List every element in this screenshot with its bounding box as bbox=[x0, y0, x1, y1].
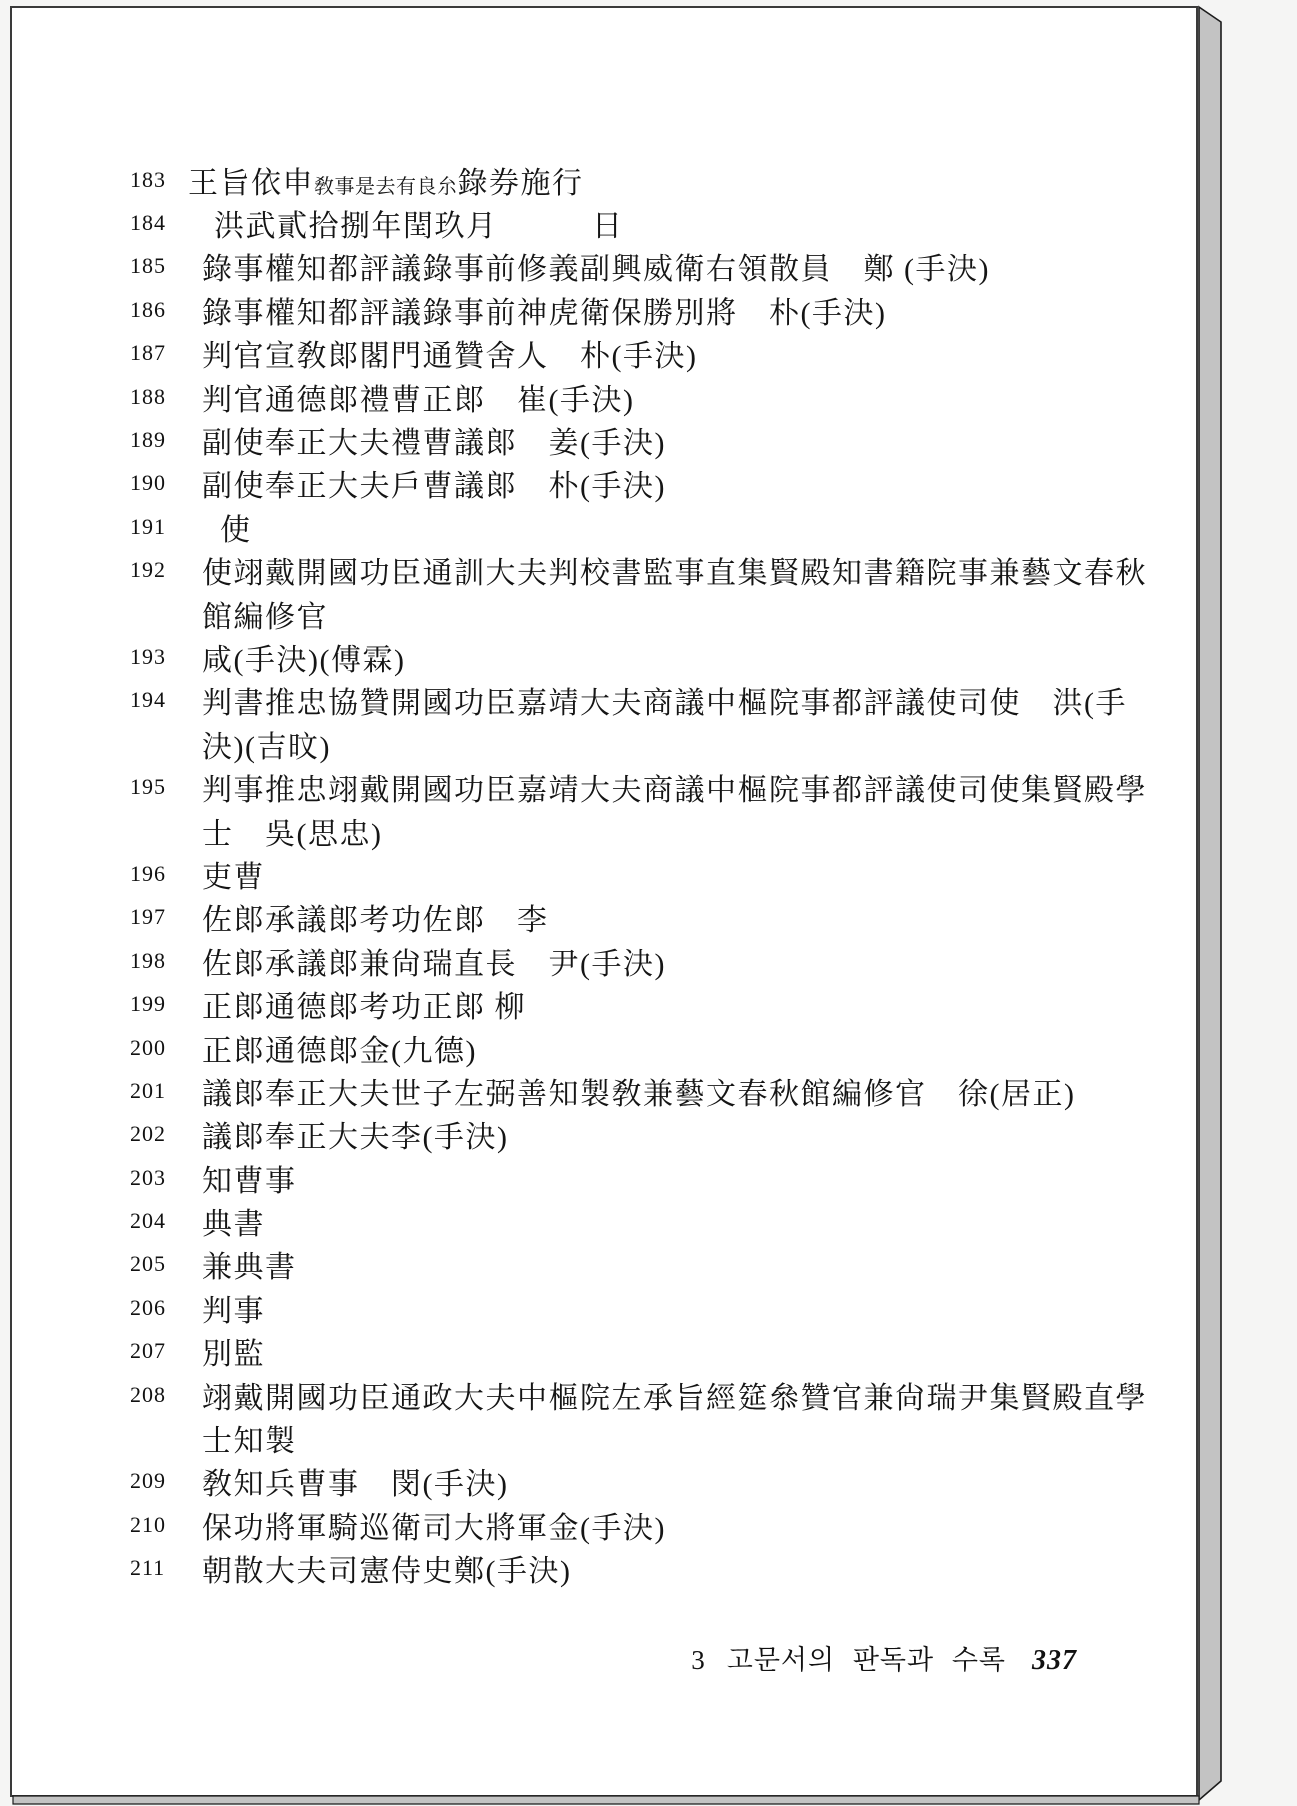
entry-row: 207別監 bbox=[12, 1330, 1196, 1373]
entry-text: 士 吳(思忠) bbox=[188, 809, 382, 853]
entry-text-segment: 副使奉正大夫戶曹議郞 朴(手決) bbox=[202, 470, 666, 503]
entry-text-segment: 議郞奉正大夫李(手決) bbox=[202, 1121, 508, 1154]
entry-row: 202議郞奉正大夫李(手決) bbox=[12, 1113, 1196, 1156]
entry-row: 192使翊戴開國功臣通訓大夫判校書監事直集賢殿知書籍院事兼藝文春秋 bbox=[12, 549, 1196, 592]
entry-number: 186 bbox=[130, 297, 188, 323]
entry-number: 194 bbox=[130, 687, 188, 713]
entry-row: 198佐郞承議郞兼尙瑞直長 尹(手決) bbox=[12, 939, 1196, 982]
entry-text-segment: 錄券施行 bbox=[458, 167, 584, 200]
entry-row: 199正郞通德郞考功正郞 柳 bbox=[12, 982, 1196, 1025]
entry-row: 201議郞奉正大夫世子左弼善知製敎兼藝文春秋館編修官 徐(居正) bbox=[12, 1069, 1196, 1112]
entry-text-segment: 錄事權知都評議錄事前神虎衛保勝別將 朴(手決) bbox=[202, 297, 886, 330]
entry-text: 議郞奉正大夫世子左弼善知製敎兼藝文春秋館編修官 徐(居正) bbox=[188, 1069, 1075, 1113]
entry-row: 191使 bbox=[12, 505, 1196, 548]
entry-text: 別監 bbox=[188, 1329, 265, 1373]
entry-text-segment: 敎知兵曹事 閔(手決) bbox=[202, 1468, 508, 1501]
entry-text: 判事推忠翊戴開國功臣嘉靖大夫商議中樞院事都評議使司使集賢殿學 bbox=[188, 765, 1147, 809]
entry-row: 館編修官 bbox=[12, 592, 1196, 635]
entry-text-segment: 別監 bbox=[202, 1338, 265, 1371]
page-edge-bottom bbox=[13, 1796, 1199, 1804]
entry-text: 判事 bbox=[188, 1286, 265, 1330]
entry-text-segment: 決)(吉旼) bbox=[202, 731, 331, 764]
entry-number: 183 bbox=[130, 167, 188, 193]
entry-row: 194判書推忠協贊開國功臣嘉靖大夫商議中樞院事都評議使司使 洪(手 bbox=[12, 679, 1196, 722]
entry-number: 188 bbox=[130, 384, 188, 410]
entry-text-segment: 吏曹 bbox=[202, 861, 265, 894]
entry-text-segment: 佐郞承議郞考功佐郞 李 bbox=[202, 904, 549, 937]
entry-number: 203 bbox=[130, 1165, 188, 1191]
entry-text-segment: 判事 bbox=[202, 1295, 265, 1328]
entry-number: 202 bbox=[130, 1121, 188, 1147]
entry-text-segment: 保功將軍騎巡衛司大將軍金(手決) bbox=[202, 1512, 666, 1545]
entry-number: 195 bbox=[130, 774, 188, 800]
entry-number: 204 bbox=[130, 1208, 188, 1234]
entries: 183王旨依申敎事是去有良厼錄券施行184洪武貳拾捌年閏玖月 日185錄事權知都… bbox=[12, 158, 1196, 1590]
entry-text-segment: 兼典書 bbox=[202, 1251, 297, 1284]
entry-row: 士知製 bbox=[12, 1416, 1196, 1459]
entry-number: 193 bbox=[130, 644, 188, 670]
entry-text: 咸(手決)(傅霖) bbox=[188, 635, 405, 679]
entry-number: 197 bbox=[130, 904, 188, 930]
entry-row: 197佐郞承議郞考功佐郞 李 bbox=[12, 896, 1196, 939]
entry-number: 187 bbox=[130, 340, 188, 366]
entry-number: 184 bbox=[130, 210, 188, 236]
entry-row: 188判官通德郞禮曹正郞 崔(手決) bbox=[12, 375, 1196, 418]
entry-text: 決)(吉旼) bbox=[188, 722, 331, 766]
entry-text-segment: 朝散大夫司憲侍史鄭(手決) bbox=[202, 1555, 571, 1588]
entry-number: 205 bbox=[130, 1251, 188, 1277]
entry-number: 189 bbox=[130, 427, 188, 453]
entry-text: 使翊戴開國功臣通訓大夫判校書監事直集賢殿知書籍院事兼藝文春秋 bbox=[188, 548, 1147, 592]
entry-row: 200正郞通德郞金(九德) bbox=[12, 1026, 1196, 1069]
entry-text: 佐郞承議郞兼尙瑞直長 尹(手決) bbox=[188, 939, 666, 983]
footer-page-number: 337 bbox=[1032, 1645, 1077, 1676]
entry-row: 203知曹事 bbox=[12, 1156, 1196, 1199]
entry-row: 183王旨依申敎事是去有良厼錄券施行 bbox=[12, 158, 1196, 201]
entry-text: 判官宣敎郞閣門通贊舍人 朴(手決) bbox=[188, 331, 697, 375]
entry-text: 吏曹 bbox=[188, 852, 265, 896]
entry-number: 198 bbox=[130, 948, 188, 974]
entry-row: 190副使奉正大夫戶曹議郞 朴(手決) bbox=[12, 462, 1196, 505]
entry-row: 186錄事權知都評議錄事前神虎衛保勝別將 朴(手決) bbox=[12, 288, 1196, 331]
entry-row: 210保功將軍騎巡衛司大將軍金(手決) bbox=[12, 1503, 1196, 1546]
entry-number: 199 bbox=[130, 991, 188, 1017]
entry-row: 205兼典書 bbox=[12, 1243, 1196, 1286]
entry-text-segment: 判事推忠翊戴開國功臣嘉靖大夫商議中樞院事都評議使司使集賢殿學 bbox=[202, 774, 1147, 807]
entry-text-segment: 正郞通德郞考功正郞 柳 bbox=[202, 991, 526, 1024]
entry-text-segment: 咸(手決)(傅霖) bbox=[202, 644, 405, 677]
entry-number: 200 bbox=[130, 1035, 188, 1061]
entry-text: 敎知兵曹事 閔(手決) bbox=[188, 1459, 508, 1503]
entry-number: 209 bbox=[130, 1468, 188, 1494]
entry-text-segment: 判官通德郞禮曹正郞 崔(手決) bbox=[202, 384, 634, 417]
entry-number: 211 bbox=[130, 1555, 188, 1581]
entry-text: 朝散大夫司憲侍史鄭(手決) bbox=[188, 1546, 571, 1590]
entry-text-segment: 議郞奉正大夫世子左弼善知製敎兼藝文春秋館編修官 徐(居正) bbox=[202, 1078, 1075, 1111]
entry-row: 209敎知兵曹事 閔(手決) bbox=[12, 1460, 1196, 1503]
idu-small-text: 敎事是去有良厼 bbox=[314, 176, 458, 198]
entry-text: 館編修官 bbox=[188, 592, 328, 636]
book-page: 183王旨依申敎事是去有良厼錄券施行184洪武貳拾捌年閏玖月 日185錄事權知都… bbox=[10, 6, 1198, 1797]
entry-text: 錄事權知都評議錄事前神虎衛保勝別將 朴(手決) bbox=[188, 288, 886, 332]
entry-text: 議郞奉正大夫李(手決) bbox=[188, 1112, 508, 1156]
entry-text-segment: 典書 bbox=[202, 1208, 265, 1241]
entry-text-segment: 判書推忠協贊開國功臣嘉靖大夫商議中樞院事都評議使司使 洪(手 bbox=[202, 687, 1127, 720]
footer-section-title: 고문서의 판독과 수록 bbox=[727, 1645, 1006, 1675]
entry-text-segment: 佐郞承議郞兼尙瑞直長 尹(手決) bbox=[202, 948, 666, 981]
entry-text: 佐郞承議郞考功佐郞 李 bbox=[188, 895, 549, 939]
entry-row: 187判官宣敎郞閣門通贊舍人 朴(手決) bbox=[12, 332, 1196, 375]
entry-text-segment: 使 bbox=[220, 514, 252, 547]
entry-row: 208翊戴開國功臣通政大夫中樞院左承旨經筵叅贊官兼尙瑞尹集賢殿直學 bbox=[12, 1373, 1196, 1416]
entry-text: 使 bbox=[188, 505, 252, 549]
entry-row: 184洪武貳拾捌年閏玖月 日 bbox=[12, 201, 1196, 244]
entry-row: 196吏曹 bbox=[12, 852, 1196, 895]
entry-text-segment: 知曹事 bbox=[202, 1165, 297, 1198]
entry-text: 判書推忠協贊開國功臣嘉靖大夫商議中樞院事都評議使司使 洪(手 bbox=[188, 678, 1127, 722]
entry-text-segment: 使翊戴開國功臣通訓大夫判校書監事直集賢殿知書籍院事兼藝文春秋 bbox=[202, 557, 1147, 590]
footer-section-number: 3 bbox=[691, 1645, 705, 1675]
entry-row: 189副使奉正大夫禮曹議郞 姜(手決) bbox=[12, 418, 1196, 461]
entry-text: 判官通德郞禮曹正郞 崔(手決) bbox=[188, 375, 634, 419]
entry-text: 錄事權知都評議錄事前修義副興威衛右領散員 鄭 (手決) bbox=[188, 244, 990, 288]
entry-row: 195判事推忠翊戴開國功臣嘉靖大夫商議中樞院事都評議使司使集賢殿學 bbox=[12, 765, 1196, 808]
entry-text-segment: 士知製 bbox=[202, 1425, 297, 1458]
entry-row: 211朝散大夫司憲侍史鄭(手決) bbox=[12, 1547, 1196, 1590]
entry-row: 206判事 bbox=[12, 1286, 1196, 1329]
entry-number: 207 bbox=[130, 1338, 188, 1364]
entry-text-segment: 士 吳(思忠) bbox=[202, 818, 382, 851]
entry-text-segment: 正郞通德郞金(九德) bbox=[202, 1035, 477, 1068]
entry-text-segment: 館編修官 bbox=[202, 601, 328, 634]
entry-number: 201 bbox=[130, 1078, 188, 1104]
entry-text: 副使奉正大夫戶曹議郞 朴(手決) bbox=[188, 461, 666, 505]
entry-number: 206 bbox=[130, 1295, 188, 1321]
entry-number: 191 bbox=[130, 514, 188, 540]
entry-number: 196 bbox=[130, 861, 188, 887]
entry-row: 193咸(手決)(傅霖) bbox=[12, 635, 1196, 678]
entry-text: 士知製 bbox=[188, 1416, 297, 1460]
entry-text-segment: 副使奉正大夫禮曹議郞 姜(手決) bbox=[202, 427, 666, 460]
entry-row: 士 吳(思忠) bbox=[12, 809, 1196, 852]
entry-text: 保功將軍騎巡衛司大將軍金(手決) bbox=[188, 1503, 666, 1547]
entry-text: 翊戴開國功臣通政大夫中樞院左承旨經筵叅贊官兼尙瑞尹集賢殿直學 bbox=[188, 1373, 1147, 1417]
entry-text: 兼典書 bbox=[188, 1242, 297, 1286]
entry-number: 192 bbox=[130, 557, 188, 583]
entry-number: 190 bbox=[130, 470, 188, 496]
entry-text: 副使奉正大夫禮曹議郞 姜(手決) bbox=[188, 418, 666, 462]
entry-text: 正郞通德郞金(九德) bbox=[188, 1026, 477, 1070]
entry-row: 185錄事權知都評議錄事前修義副興威衛右領散員 鄭 (手決) bbox=[12, 245, 1196, 288]
entry-text: 王旨依申敎事是去有良厼錄券施行 bbox=[188, 158, 584, 202]
entry-row: 204典書 bbox=[12, 1199, 1196, 1242]
entry-text-segment: 王旨依申 bbox=[188, 167, 314, 200]
entry-text-segment: 錄事權知都評議錄事前修義副興威衛右領散員 鄭 (手決) bbox=[202, 253, 990, 286]
entry-text-segment: 洪武貳拾捌年閏玖月 日 bbox=[214, 210, 624, 243]
entry-text: 洪武貳拾捌年閏玖月 日 bbox=[188, 201, 624, 245]
page-edge-right bbox=[1199, 7, 1221, 1800]
entry-number: 185 bbox=[130, 253, 188, 279]
entry-text: 知曹事 bbox=[188, 1156, 297, 1200]
entry-text: 正郞通德郞考功正郞 柳 bbox=[188, 982, 526, 1026]
scanned-book-page-canvas: 183王旨依申敎事是去有良厼錄券施行184洪武貳拾捌年閏玖月 日185錄事權知都… bbox=[0, 0, 1297, 1806]
entry-text-segment: 判官宣敎郞閣門通贊舍人 朴(手決) bbox=[202, 340, 697, 373]
entry-number: 208 bbox=[130, 1382, 188, 1408]
entry-row: 決)(吉旼) bbox=[12, 722, 1196, 765]
page-footer: 3고문서의 판독과 수록337 bbox=[12, 1620, 1196, 1695]
entry-text: 典書 bbox=[188, 1199, 265, 1243]
entry-text-segment: 翊戴開國功臣通政大夫中樞院左承旨經筵叅贊官兼尙瑞尹集賢殿直學 bbox=[202, 1382, 1147, 1415]
entry-number: 210 bbox=[130, 1512, 188, 1538]
page-content: 183王旨依申敎事是去有良厼錄券施行184洪武貳拾捌年閏玖月 日185錄事權知都… bbox=[12, 158, 1196, 1695]
